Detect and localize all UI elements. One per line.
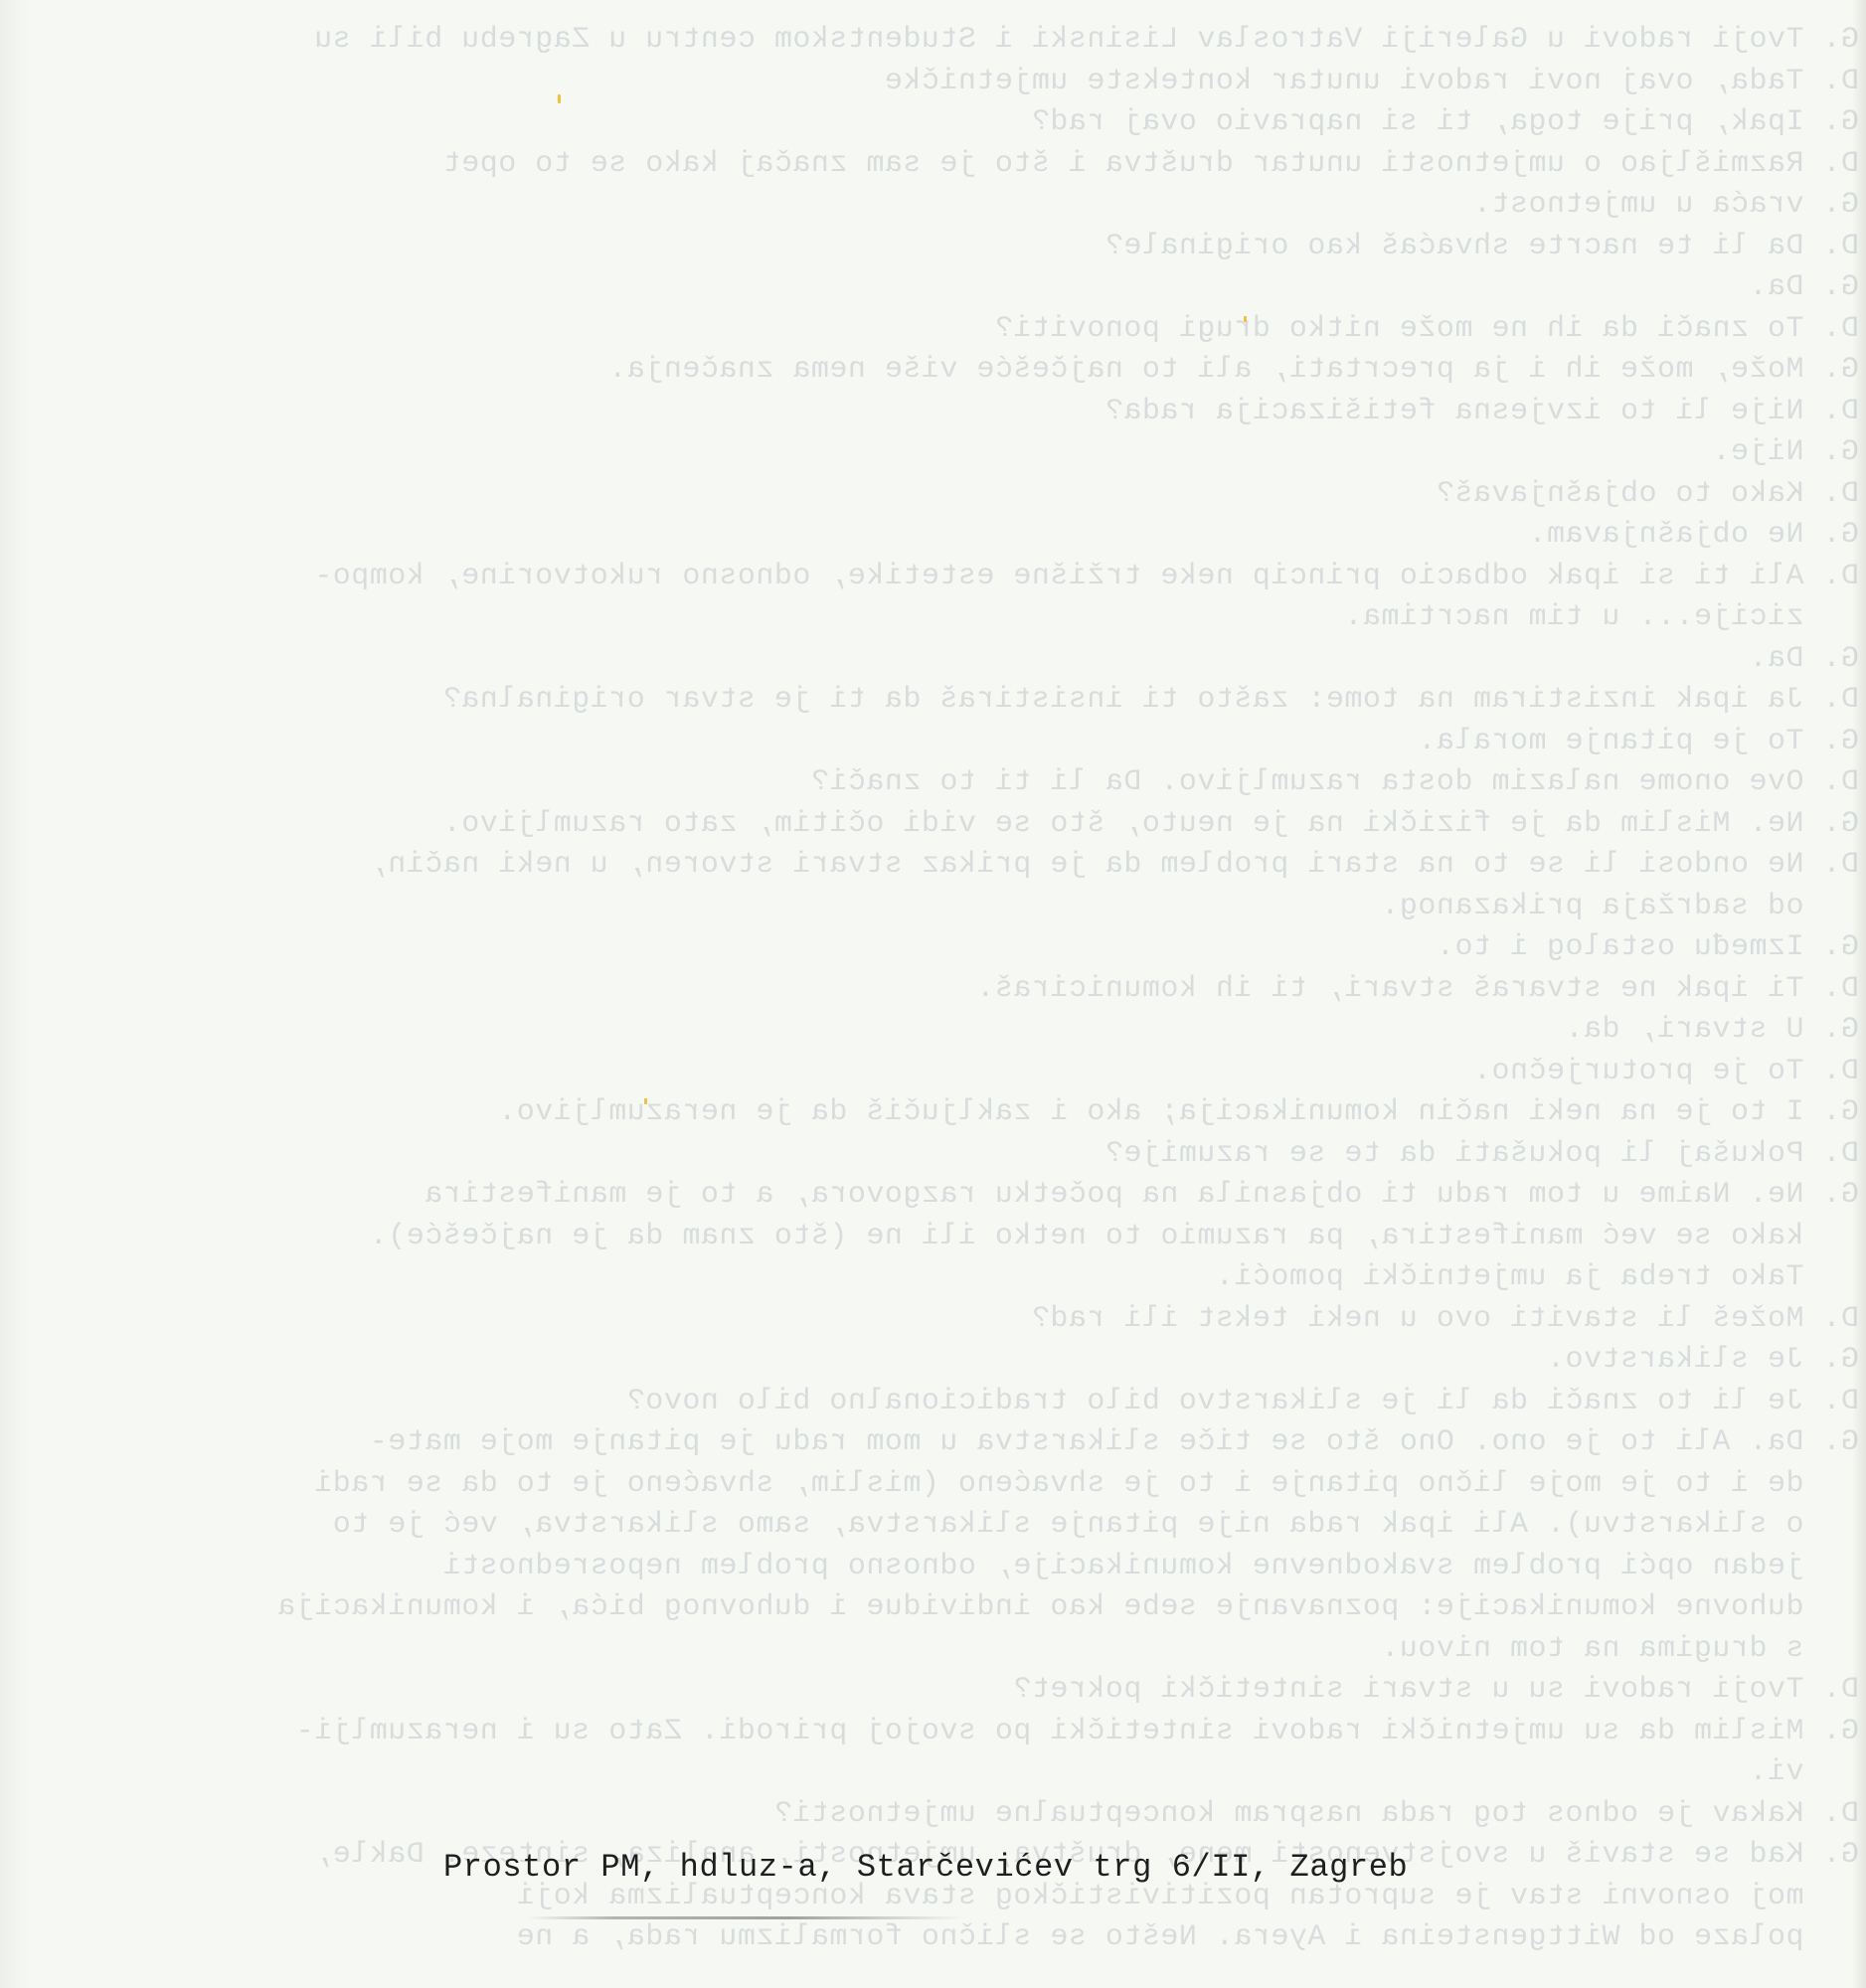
- show-through-line: D. Ti ipak ne stvaraš stvari, ti ih komu…: [109, 969, 1859, 1011]
- paper-speck: [558, 94, 561, 103]
- show-through-line: G. U stvari, da.: [109, 1010, 1859, 1052]
- paper-speck: [644, 1098, 647, 1104]
- show-through-line: D. Ali ti si ipak odbacio princip neke t…: [109, 557, 1859, 598]
- show-through-line: G. Je slikarstvo.: [109, 1340, 1859, 1382]
- show-through-line: D. Tada, ovaj novi radovi unutar konteks…: [109, 62, 1859, 103]
- show-through-line: G. Može, može ih i ja precrtati, ali to …: [109, 350, 1859, 392]
- show-through-line: G. vraća u umjetnost.: [109, 185, 1859, 227]
- show-through-line: duhovne komunikacije: poznavanje sebe ka…: [109, 1587, 1859, 1629]
- show-through-line: Tako treba ja umjetnički pomoći.: [109, 1257, 1859, 1299]
- show-through-line: D. Tvoji radovi su u stvari sintetički p…: [109, 1670, 1859, 1712]
- show-through-line: D. Možeš li staviti ovo u neki tekst ili…: [109, 1299, 1859, 1341]
- show-through-line: G. Ipak, prije toga, ti si napravio ovaj…: [109, 102, 1859, 144]
- show-through-line: G. Između ostalog i to.: [109, 927, 1859, 969]
- show-through-line: D. Nije li to izvjesna fetišizacija rada…: [109, 392, 1859, 433]
- reverse-side-show-through-text: G. Tvoji radovi u Galeriji Vatroslav Lis…: [109, 20, 1859, 1959]
- venue-caption: Prostor PM, hdluz-a, Starčevićev trg 6/I…: [443, 1849, 1408, 1886]
- show-through-line: G. I to je na neki način komunikacija; a…: [109, 1092, 1859, 1134]
- show-through-line: D. Je li to znači da li je slikarstvo bi…: [109, 1382, 1859, 1423]
- show-through-line: D. To znači da ih ne može nitko drugi po…: [109, 309, 1859, 351]
- show-through-line: D. Ove onome nalazim dosta razumljivo. D…: [109, 762, 1859, 804]
- show-through-line: D. Pokušaj li pokušati da te se razumije…: [109, 1134, 1859, 1176]
- paper-speck: [1244, 316, 1247, 322]
- show-through-line: G. Da. Ali to je ono. Ono što se tiče sl…: [109, 1422, 1859, 1464]
- show-through-line: G. Da.: [109, 639, 1859, 681]
- show-through-line: o slikarstvu). Ali ipak rada nije pitanj…: [109, 1505, 1859, 1547]
- show-through-line: de i to je moje lično pitanje i to je sh…: [109, 1464, 1859, 1506]
- show-through-line: G. To je pitanje morala.: [109, 722, 1859, 763]
- show-through-line: G. Nije.: [109, 432, 1859, 474]
- scanned-page: G. Tvoji radovi u Galeriji Vatroslav Lis…: [0, 0, 1866, 1988]
- show-through-line: s drugima na tom nivou.: [109, 1629, 1859, 1671]
- show-through-line: G. Ne objašnjavam.: [109, 515, 1859, 557]
- show-through-line: G. Ne. Mislim da je fizički na je neuto,…: [109, 804, 1859, 846]
- show-through-line: jedan opći problem svakodnevne komunikac…: [109, 1547, 1859, 1588]
- show-through-line: D. To je proturječno.: [109, 1052, 1859, 1093]
- show-through-line: od sadržaja prikazanog.: [109, 887, 1859, 928]
- ink-smudge-mark: [527, 1916, 964, 1919]
- show-through-line: D. Kako to objašnjavaš?: [109, 474, 1859, 516]
- show-through-line: G. Mislim da su umjetnički radovi sintet…: [109, 1712, 1859, 1753]
- show-through-line: D. Da li te nacrte shvaćaš kao originale…: [109, 227, 1859, 268]
- show-through-line: zicije... u tim nacrtima.: [109, 597, 1859, 639]
- show-through-line: D. Kakav je odnos tog rada naspram konce…: [109, 1794, 1859, 1836]
- show-through-line: G. Tvoji radovi u Galeriji Vatroslav Lis…: [109, 20, 1859, 62]
- show-through-line: polaze od Wittgensteina i Ayera. Nešto s…: [109, 1917, 1859, 1959]
- show-through-line: G. Da.: [109, 267, 1859, 309]
- show-through-line: D. Razmišljao o umjetnosti unutar društv…: [109, 144, 1859, 186]
- show-through-line: vi.: [109, 1752, 1859, 1794]
- show-through-line: G. Ne. Naime u tom radu ti objasnila na …: [109, 1175, 1859, 1217]
- show-through-line: D. Ne ondosi li se to na stari problem d…: [109, 845, 1859, 887]
- show-through-line: kako se već manifestira, pa razumio to n…: [109, 1217, 1859, 1258]
- show-through-line: D. Ja ipak inzistiram na tome: zašto ti …: [109, 680, 1859, 722]
